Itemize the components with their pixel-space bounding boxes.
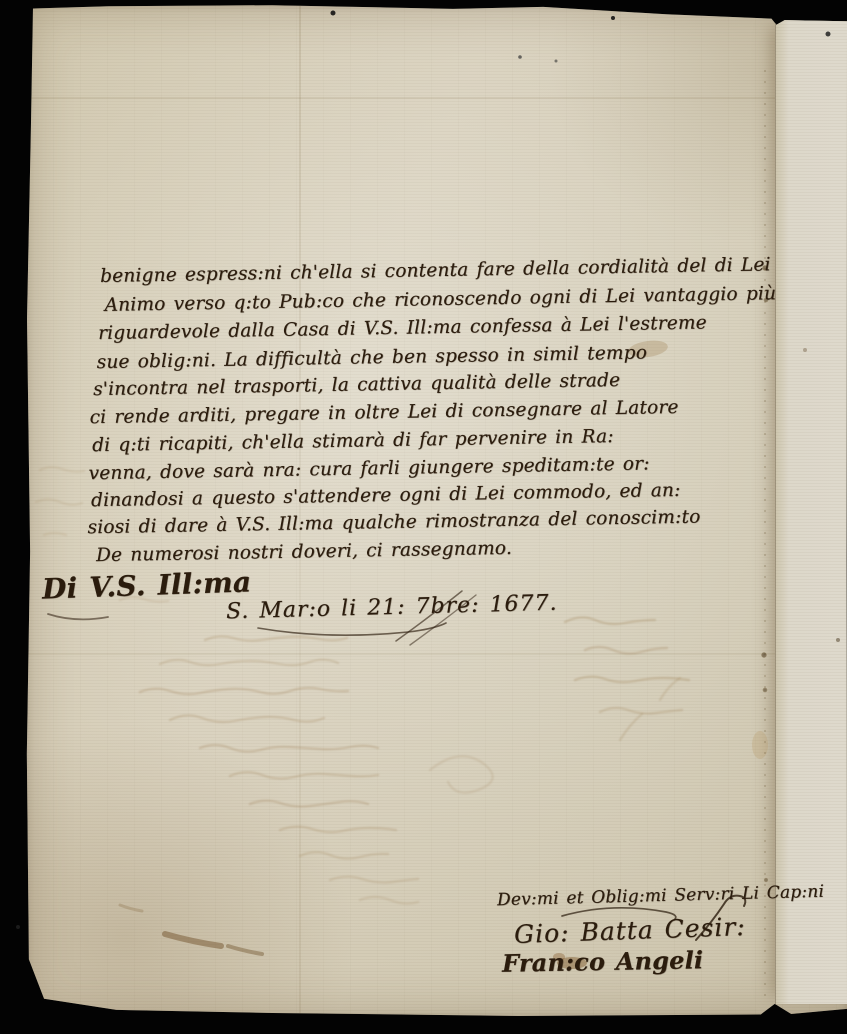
manuscript-line: De numerosi nostri doveri, ci rassegnamo… bbox=[96, 540, 512, 566]
manuscript-line: siosi di dare à V.S. Ill:ma qualche rimo… bbox=[87, 509, 700, 538]
valediction: Di V.S. Ill:ma bbox=[42, 568, 252, 603]
manuscript-line: riguardevole dalla Casa di V.S. Ill:ma c… bbox=[98, 314, 707, 343]
letter-body: benigne espress:ni ch'ella si contenta f… bbox=[100, 256, 805, 588]
manuscript-line: dinandosi a questo s'attendere ogni di L… bbox=[91, 482, 681, 511]
manuscript-line: ci rende arditi, pregare in oltre Lei di… bbox=[89, 399, 678, 428]
fold-crease-horizontal-middle bbox=[26, 653, 847, 655]
manuscript-line: s'incontra nel trasporti, la cattiva qua… bbox=[93, 372, 620, 400]
fold-crease-horizontal-top bbox=[26, 97, 847, 99]
manuscript-line: di q:ti ricapiti, ch'ella stimarà di far… bbox=[92, 428, 614, 456]
scanned-letter-page: benigne espress:ni ch'ella si contenta f… bbox=[0, 0, 847, 1034]
manuscript-line: Animo verso q:to Pub:co che riconoscendo… bbox=[105, 285, 777, 315]
manuscript-line: sue oblig:ni. La difficultà che ben spes… bbox=[97, 344, 648, 372]
signature-signer-2: Fran:co Angeli bbox=[502, 948, 704, 976]
signature-signer-1: Gio: Batta Cesir: bbox=[514, 914, 746, 947]
manuscript-line: venna, dove sarà nra: cura farli giunger… bbox=[88, 455, 649, 483]
